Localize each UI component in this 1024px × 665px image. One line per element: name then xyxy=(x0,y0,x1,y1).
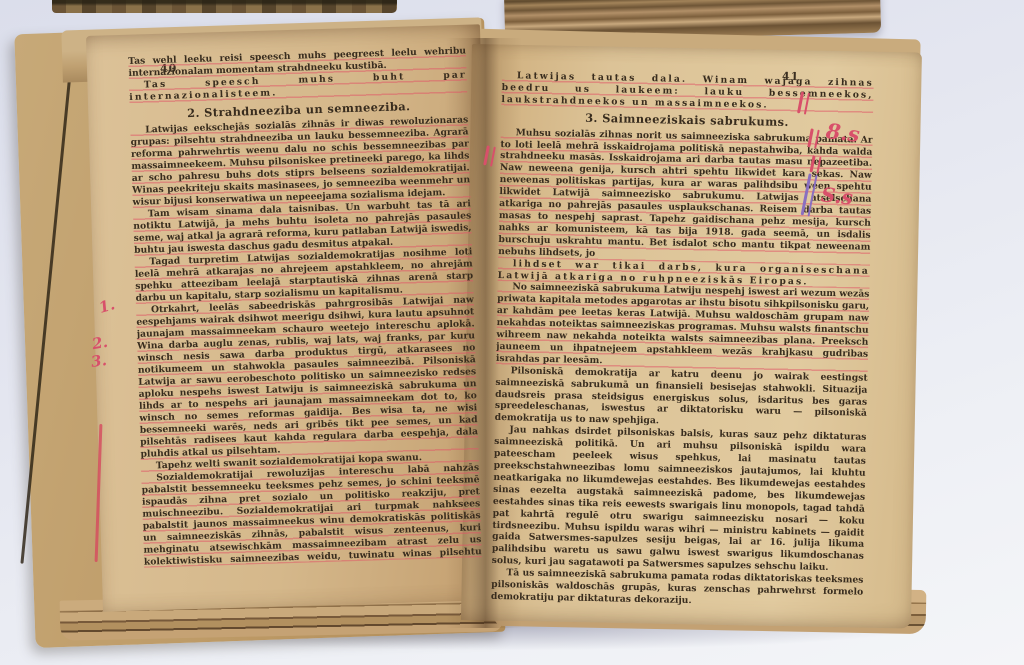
red-margin-label-8s: 8.s xyxy=(825,118,862,147)
text-paragraph: Sozialdemokratijai rewoluzijas interesch… xyxy=(141,462,482,568)
text-paragraph: Latwijas eekschejās sozialās zihnās ir d… xyxy=(130,114,470,209)
text-paragraph: Jau nahkas dsirdet pilsoniskas balsis, k… xyxy=(492,424,867,575)
red-margin-number-3: 3. xyxy=(90,351,108,371)
red-margin-number-2: 2. xyxy=(91,333,110,353)
text-paragraph: Pilsoniskā demokratija ar katru deenu jo… xyxy=(495,365,868,432)
photo-of-open-book: 40 41 Tas wehl leeku reisi speesch muhs … xyxy=(0,0,1024,665)
text-paragraph: Tā us saimneeziskā sabrukuma pamata roda… xyxy=(491,567,864,611)
right-page-text: Latwijas tautas dala. Winam wajaga zihna… xyxy=(490,70,873,630)
background-book-edge-left xyxy=(52,0,397,13)
text-paragraph: Latwijas tautas dala. Winam wajaga zihna… xyxy=(501,70,874,114)
red-margin-label-ss: S.s xyxy=(820,182,854,209)
text-paragraph: Otrkahrt, leelās sabeedriskās pahrgrosib… xyxy=(136,294,479,461)
text-paragraph: No saimneeziskā sabrukuma Latwiju nespeh… xyxy=(496,281,870,372)
left-page-text: Tas wehl leeku reisi speesch muhs peegre… xyxy=(128,45,482,567)
